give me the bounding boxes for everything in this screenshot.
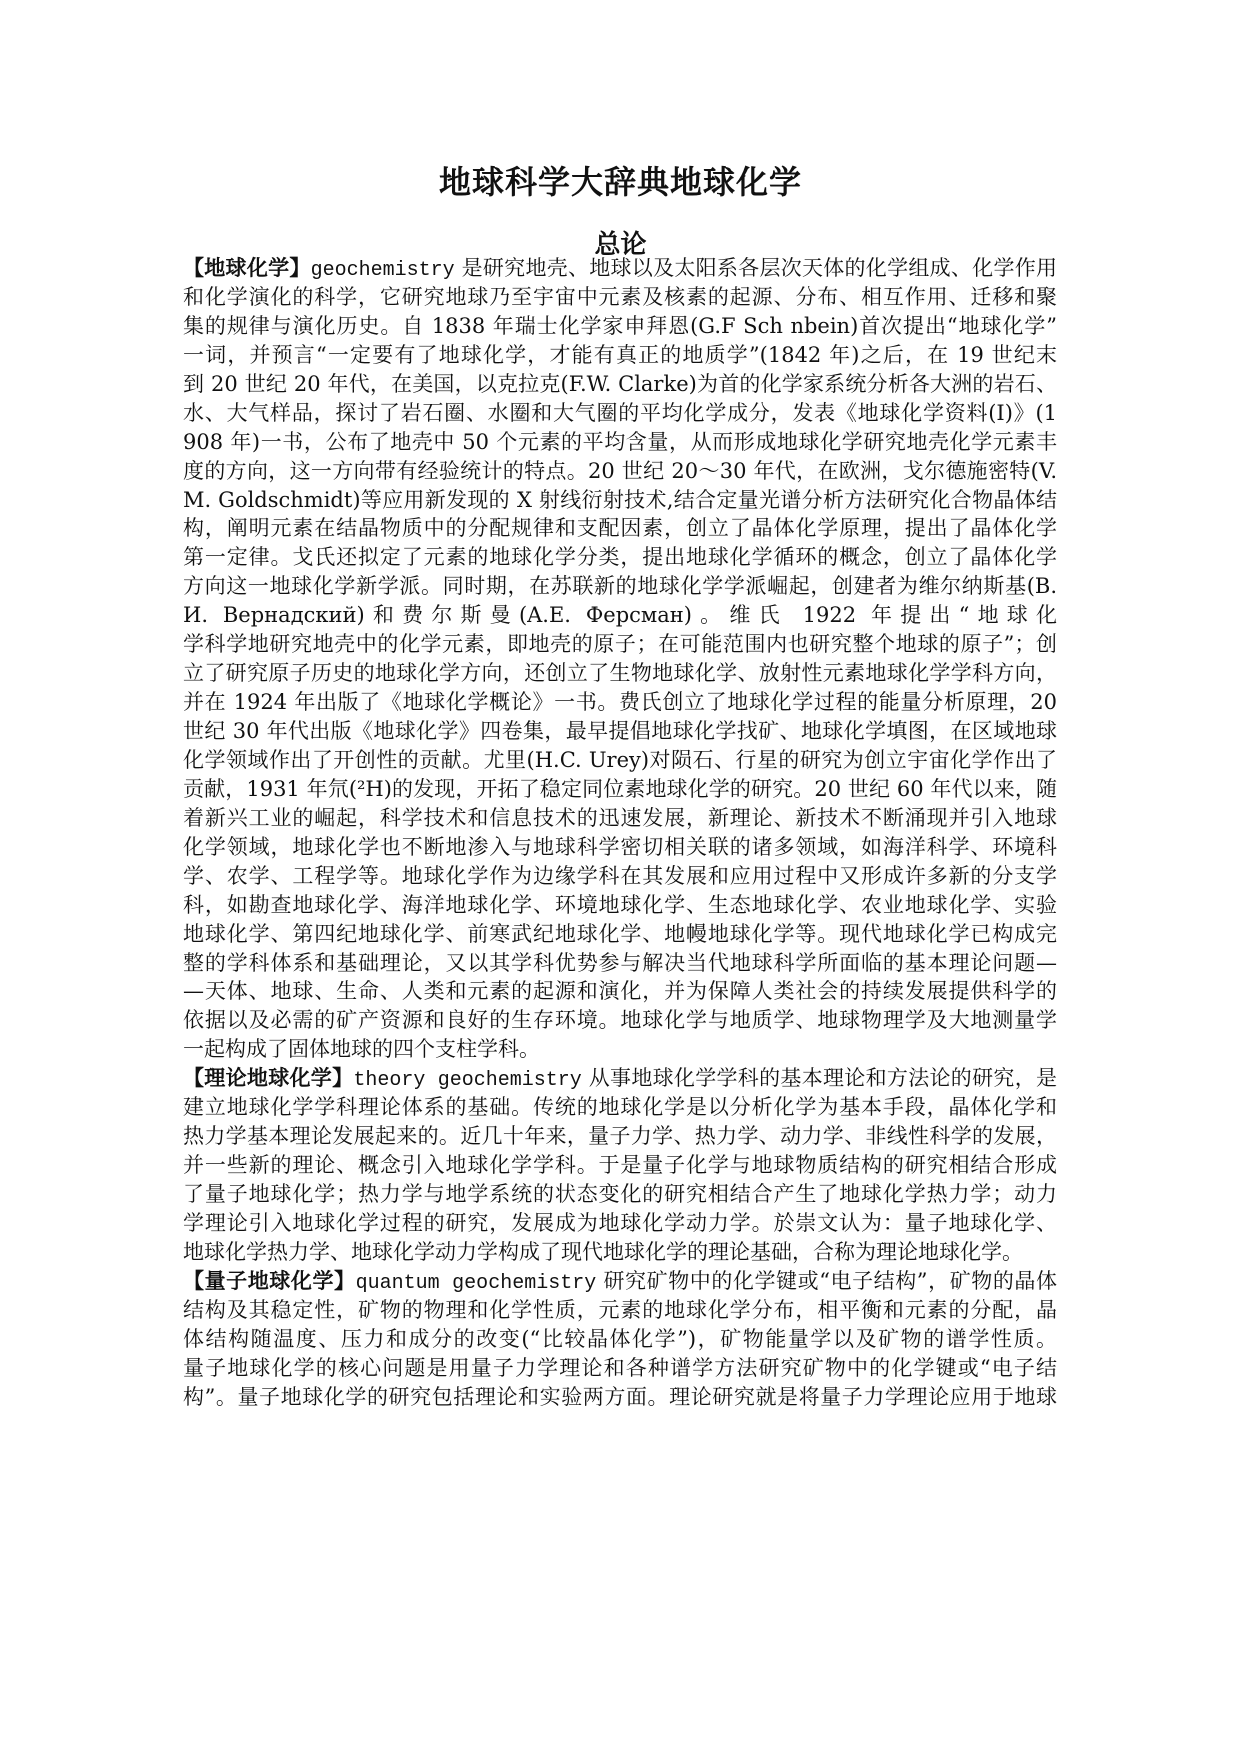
entry-text-line: 建立地球化学学科理论体系的基础。传统的地球化学是以分析化学为基本手段，晶体化学和 — [183, 1093, 1057, 1122]
entry-text-line: 一词，并预言“一定要有了地球化学，才能有真正的地质学”(1842 年)之后，在 … — [183, 341, 1057, 370]
entry-text-line: 学理论引入地球化学过程的研究，发展成为地球化学动力学。於崇文认为：量子地球化学、 — [183, 1209, 1057, 1238]
entry-text-line: 整的学科体系和基础理论，又以其学科优势参与解决当代地球科学所面临的基本理论问题— — [183, 949, 1057, 978]
entry-text-line: 水、大气样品，探讨了岩石圈、水圈和大气圈的平均化学成分，发表《地球化学资料(I)… — [183, 399, 1057, 428]
entry-geochemistry: 【地球化学】geochemistry 是研究地壳、地球以及太阳系各层次天体的化学… — [183, 254, 1057, 1064]
entry-english-term: theory geochemistry — [353, 1069, 581, 1092]
entry-text-line: 908 年)一书，公布了地壳中 50 个元素的平均含量，从而形成地球化学研究地壳… — [183, 428, 1057, 457]
entry-text-line: 热力学基本理论发展起来的。近几十年来，量子力学、热力学、动力学、非线性科学的发展… — [183, 1122, 1057, 1151]
entry-text-line: 并一些新的理论、概念引入地球化学学科。于是量子化学与地球物质结构的研究相结合形成 — [183, 1151, 1057, 1180]
entry-term: 【量子地球化学】 — [183, 1269, 356, 1293]
entry-first-line: 【量子地球化学】quantum geochemistry 研究矿物中的化学键或“… — [183, 1267, 1057, 1296]
entry-first-line: 【理论地球化学】theory geochemistry 从事地球化学学科的基本理… — [183, 1064, 1057, 1093]
document-body: 【地球化学】geochemistry 是研究地壳、地球以及太阳系各层次天体的化学… — [183, 254, 1057, 1412]
entry-theory-geochemistry: 【理论地球化学】theory geochemistry 从事地球化学学科的基本理… — [183, 1064, 1057, 1267]
entry-text-line: 着新兴工业的崛起，科学技术和信息技术的迅速发展，新理论、新技术不断涌现并引入地球 — [183, 804, 1057, 833]
entry-english-term: geochemistry — [311, 259, 455, 282]
entry-text: 从事地球化学学科的基本理论和方法论的研究，是 — [589, 1066, 1057, 1090]
entry-quantum-geochemistry: 【量子地球化学】quantum geochemistry 研究矿物中的化学键或“… — [183, 1267, 1057, 1412]
entry-text-line: 世纪 30 年代出版《地球化学》四卷集，最早提倡地球化学找矿、地球化学填图，在区… — [183, 717, 1057, 746]
entry-text-line: 学科学地研究地壳中的化学元素，即地壳的原子；在可能范围内也研究整个地球的原子”；… — [183, 630, 1057, 659]
entry-text-line: 第一定律。戈氏还拟定了元素的地球化学分类，提出地球化学循环的概念，创立了晶体化学 — [183, 543, 1057, 572]
entry-text: 研究矿物中的化学键或“电子结构”，矿物的晶体 — [603, 1269, 1057, 1293]
entry-text-line: 了量子地球化学；热力学与地学系统的状态变化的研究相结合产生了地球化学热力学；动力 — [183, 1180, 1057, 1209]
entry-term: 【地球化学】 — [183, 256, 311, 280]
entry-text-line: И. Вернадский)和费尔斯曼(A.E. Ферсман)。维氏 192… — [183, 601, 1057, 630]
entry-text: 是研究地壳、地球以及太阳系各层次天体的化学组成、化学作用 — [462, 256, 1057, 280]
entry-text-line: 化学领域，地球化学也不断地渗入与地球科学密切相关联的诸多领域，如海洋科学、环境科 — [183, 833, 1057, 862]
entry-text-line: 和化学演化的科学，它研究地球乃至宇宙中元素及核素的起源、分布、相互作用、迁移和聚 — [183, 283, 1057, 312]
entry-text-line: 学、农学、工程学等。地球化学作为边缘学科在其发展和应用过程中又形成许多新的分支学 — [183, 862, 1057, 891]
entry-text-line: M. Goldschmidt)等应用新发现的 X 射线衍射技术,结合定量光谱分析… — [183, 486, 1057, 515]
document-title: 地球科学大辞典地球化学 — [0, 162, 1241, 202]
entry-text-line: 构”。量子地球化学的研究包括理论和实验两方面。理论研究就是将量子力学理论应用于地… — [183, 1383, 1057, 1412]
entry-text-line: 量子地球化学的核心问题是用量子力学理论和各种谱学方法研究矿物中的化学键或“电子结 — [183, 1354, 1057, 1383]
entry-text-line: 度的方向，这一方向带有经验统计的特点。20 世纪 20～30 年代，在欧洲，戈尔… — [183, 457, 1057, 486]
entry-text-line: 地球化学、第四纪地球化学、前寒武纪地球化学、地幔地球化学等。现代地球化学已构成完 — [183, 920, 1057, 949]
entry-term: 【理论地球化学】 — [183, 1066, 353, 1090]
entry-text-line: 并在 1924 年出版了《地球化学概论》一书。费氏创立了地球化学过程的能量分析原… — [183, 688, 1057, 717]
entry-text-line: 到 20 世纪 20 年代，在美国，以克拉克(F.W. Clarke)为首的化学… — [183, 370, 1057, 399]
entry-text-line: 方向这一地球化学新学派。同时期，在苏联新的地球化学学派崛起，创建者为维尔纳斯基(… — [183, 572, 1057, 601]
entry-text-line: 科，如勘查地球化学、海洋地球化学、环境地球化学、生态地球化学、农业地球化学、实验 — [183, 891, 1057, 920]
entry-text-line: 化学领域作出了开创性的贡献。尤里(H.C. Urey)对陨石、行星的研究为创立宇… — [183, 746, 1057, 775]
entry-text-line: —天体、地球、生命、人类和元素的起源和演化，并为保障人类社会的持续发展提供科学的 — [183, 977, 1057, 1006]
entry-text-line: 集的规律与演化历史。自 1838 年瑞士化学家申拜恩(G.F Sch nbein… — [183, 312, 1057, 341]
entry-text-line: 构，阐明元素在结晶物质中的分配规律和支配因素，创立了晶体化学原理，提出了晶体化学 — [183, 514, 1057, 543]
entry-text-line: 立了研究原子历史的地球化学方向，还创立了生物地球化学、放射性元素地球化学学科方向… — [183, 659, 1057, 688]
entry-text-line: 体结构随温度、压力和成分的改变(“比较晶体化学”)，矿物能量学以及矿物的谱学性质… — [183, 1325, 1057, 1354]
entry-first-line: 【地球化学】geochemistry 是研究地壳、地球以及太阳系各层次天体的化学… — [183, 254, 1057, 283]
entry-text-line: 地球化学热力学、地球化学动力学构成了现代地球化学的理论基础，合称为理论地球化学。 — [183, 1238, 1057, 1267]
entry-english-term: quantum geochemistry — [356, 1272, 597, 1295]
entry-text-line: 依据以及必需的矿产资源和良好的生存环境。地球化学与地质学、地球物理学及大地测量学 — [183, 1006, 1057, 1035]
entry-text-line: 结构及其稳定性，矿物的物理和化学性质，元素的地球化学分布，相平衡和元素的分配，晶 — [183, 1296, 1057, 1325]
entry-text-line: 一起构成了固体地球的四个支柱学科。 — [183, 1035, 1057, 1064]
entry-text-line: 贡献，1931 年氘(²H)的发现，开拓了稳定同位素地球化学的研究。20 世纪 … — [183, 775, 1057, 804]
